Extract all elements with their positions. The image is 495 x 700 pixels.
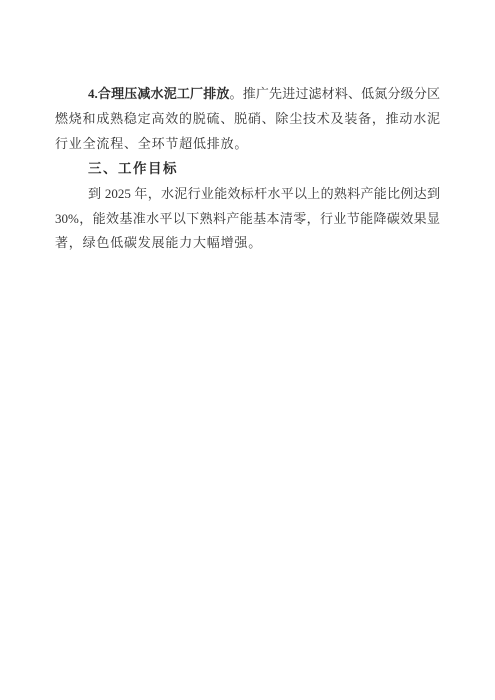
paragraph-emission-line-1-rest: 。推广先进过滤材料、低氮分级分区 xyxy=(230,86,440,101)
paragraph-emission-line-1: 4.合理压减水泥工厂排放。推广先进过滤材料、低氮分级分区 xyxy=(55,82,440,107)
section-heading-work-goals: 三、工作目标 xyxy=(55,157,440,182)
document-text-block: 4.合理压减水泥工厂排放。推广先进过滤材料、低氮分级分区 燃烧和成熟稳定高效的脱… xyxy=(0,0,495,256)
paragraph-emission: 4.合理压减水泥工厂排放。推广先进过滤材料、低氮分级分区 燃烧和成熟稳定高效的脱… xyxy=(55,82,440,157)
paragraph-emission-line-2: 燃烧和成熟稳定高效的脱硫、脱硝、除尘技术及装备，推动水泥 xyxy=(55,107,440,132)
paragraph-goal-line-1: 到 2025 年，水泥行业能效标杆水平以上的熟料产能比例达到 xyxy=(55,182,440,207)
paragraph-emission-line-3: 行业全流程、全环节超低排放。 xyxy=(55,132,440,157)
document-page: 4.合理压减水泥工厂排放。推广先进过滤材料、低氮分级分区 燃烧和成熟稳定高效的脱… xyxy=(0,0,495,700)
paragraph-goal: 到 2025 年，水泥行业能效标杆水平以上的熟料产能比例达到 30%，能效基准水… xyxy=(55,182,440,257)
paragraph-emission-bold-lead: 4.合理压减水泥工厂排放 xyxy=(88,86,230,101)
paragraph-goal-line-3: 著，绿色低碳发展能力大幅增强。 xyxy=(55,231,440,256)
paragraph-goal-line-2: 30%，能效基准水平以下熟料产能基本清零，行业节能降碳效果显 xyxy=(55,207,440,232)
